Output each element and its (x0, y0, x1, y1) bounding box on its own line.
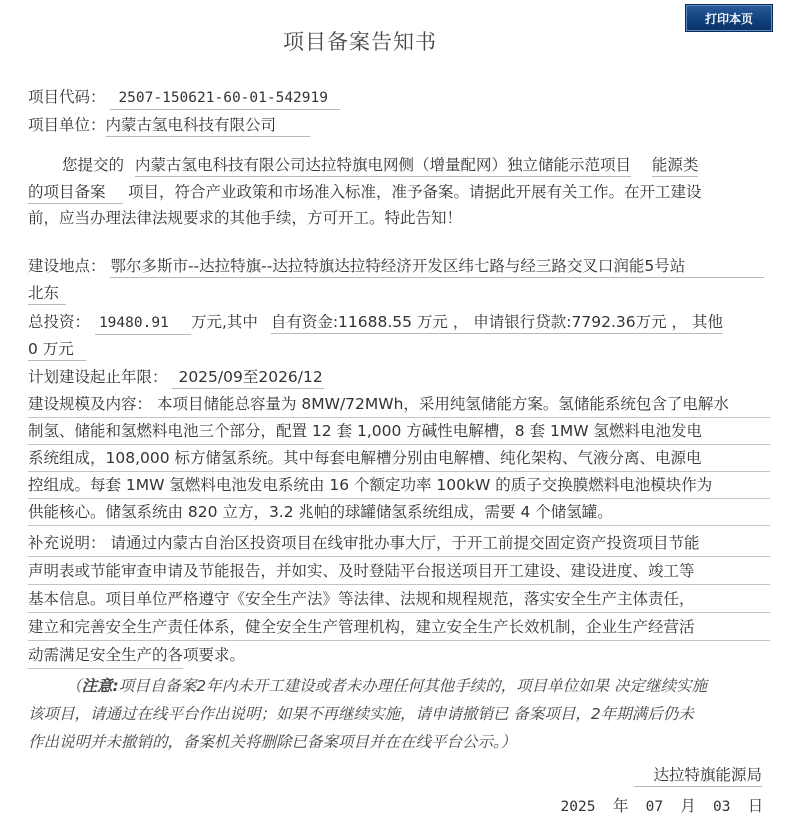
notice-text: 项目自备案2年内未开工建设或者未办理任何其他手续的，项目单位如果 决定继续实施 (119, 677, 707, 695)
location-value-cont: 北东 (28, 282, 66, 305)
intro-text: 项目，符合产业政策和市场准入标准，准予备案。请据此开展有关工作。在开工建设 (128, 183, 702, 201)
location-row-2: 北东 (28, 282, 66, 305)
investment-row: 总投资： 19480.91万元,其中 自有资金:11688.55 万元 ， 申请… (28, 311, 723, 335)
investment-total: 19480.91 (95, 312, 191, 335)
scale-line: 制氢、储能和氢燃料电池三个部分，配置 12 套 1,000 方碱性电解槽，8 套… (28, 420, 770, 445)
supplement-line: 补充说明： 请通过内蒙古自治区投资项目在线审批办事大厅，于开工前提交固定资产投资… (28, 532, 770, 557)
scale-line: 供能核心。储氢系统由 820 立方，3.2 兆帕的球罐储氢系统组成，需要 4 个… (28, 501, 770, 526)
intro-project-name: 内蒙古氢电科技有限公司达拉特旗电网侧（增量配网）独立储能示范项目 (135, 154, 631, 177)
supplement-line: 声明表或节能审查申请及节能报告，并如实、及时登陆平台报送项目开工建设、建设进度、… (28, 560, 770, 585)
supplement-line: 建立和完善安全生产责任体系，健全安全生产管理机构，建立安全生产长效机制，企业生产… (28, 616, 770, 641)
date-year: 2025 (554, 796, 602, 817)
notice-text: 作出说明并未撤销的，备案机关将删除已备案项目并在在线平台公示。） (28, 728, 768, 756)
project-code-row: 项目代码： 2507-150621-60-01-542919 (28, 86, 340, 110)
supplement-label: 补充说明： (28, 534, 106, 552)
intro-line-2: 的项目备案 项目，符合产业政策和市场准入标准，准予备案。请据此开展有关工作。在开… (28, 181, 701, 204)
project-code-label: 项目代码： (28, 88, 106, 106)
period-value: 2025/09至2026/12 (172, 366, 324, 389)
location-label: 建设地点： (28, 257, 106, 275)
scale-line: 控组成。每套 1MW 氢燃料电池发电系统由 16 个额定功率 100kW 的质子… (28, 474, 770, 499)
notice-block: （注意:项目自备案2年内未开工建设或者未办理任何其他手续的，项目单位如果 决定继… (28, 672, 768, 756)
date-day-label: 日 (748, 797, 764, 815)
scale-label: 建设规模及内容： (28, 395, 152, 413)
intro-line-3: 前，应当办理法律法规要求的其他手续，方可开工。特此告知！ (28, 207, 462, 229)
project-unit-row: 项目单位：内蒙古氢电科技有限公司 (28, 114, 310, 137)
intro-prefix: 您提交的 (62, 156, 124, 174)
intro-line-1: 您提交的 内蒙古氢电科技有限公司达拉特旗电网侧（增量配网）独立储能示范项目 能源… (62, 154, 698, 177)
investment-total-suffix: 万元,其中 (191, 313, 258, 331)
supplement-line: 基本信息。项目单位严格遵守《安全生产法》等法律、法规和规程规范，落实安全生产主体… (28, 588, 770, 613)
supplement-line: 动需满足安全生产的各项要求。 (28, 644, 183, 669)
period-row: 计划建设起止年限： 2025/09至2026/12 (28, 366, 324, 389)
page-title: 项目备案告知书 (0, 26, 720, 56)
intro-category: 能源类 (652, 154, 699, 177)
supplement-text: 请通过内蒙古自治区投资项目在线审批办事大厅，于开工前提交固定资产投资项目节能 (110, 534, 699, 552)
project-code-value: 2507-150621-60-01-542919 (110, 87, 340, 110)
scale-line: 建设规模及内容： 本项目储能总容量为 8MW/72MWh，采用纯氢储能方案。氢储… (28, 393, 770, 418)
scale-line: 系统组成，108,000 标方储氢系统。其中每套电解槽分别由电解槽、纯化架构、气… (28, 447, 770, 472)
period-label: 计划建设起止年限： (28, 368, 168, 386)
supplement-section: 补充说明： 请通过内蒙古自治区投资项目在线审批办事大厅，于开工前提交固定资产投资… (28, 532, 770, 669)
notice-label: 注意: (82, 677, 119, 695)
date-month-label: 月 (680, 797, 696, 815)
notice-open: （ (66, 677, 82, 695)
date-day: 03 (707, 796, 737, 817)
date-year-label: 年 (613, 797, 629, 815)
date-month: 07 (639, 796, 669, 817)
investment-other: 0 万元 (28, 338, 86, 361)
location-row: 建设地点： 鄂尔多斯市--达拉特旗--达拉特旗达拉特经济开发区纬七路与经三路交叉… (28, 255, 764, 278)
notice-text: 该项目，请通过在线平台作出说明；如果不再继续实施，请申请撤销已 备案项目，2年期… (28, 700, 768, 728)
issuer: 达拉特旗能源局 (634, 764, 762, 787)
issue-date: 2025 年 07 月 03 日 (554, 794, 769, 817)
project-unit-label: 项目单位： (28, 116, 106, 134)
investment-label: 总投资： (28, 313, 90, 331)
investment-row-2: 0 万元 (28, 338, 86, 361)
project-unit-value: 内蒙古氢电科技有限公司 (106, 114, 310, 137)
location-value: 鄂尔多斯市--达拉特旗--达拉特旗达拉特经济开发区纬七路与经三路交叉口润能5号站 (110, 255, 764, 278)
scale-section: 建设规模及内容： 本项目储能总容量为 8MW/72MWh，采用纯氢储能方案。氢储… (28, 393, 770, 526)
scale-text: 本项目储能总容量为 8MW/72MWh，采用纯氢储能方案。氢储能系统包含了电解水 (157, 395, 729, 413)
investment-breakdown: 自有资金:11688.55 万元 ， 申请银行贷款:7792.36万元 ， 其他 (271, 311, 723, 334)
intro-category-b: 的项目备案 (28, 181, 123, 204)
